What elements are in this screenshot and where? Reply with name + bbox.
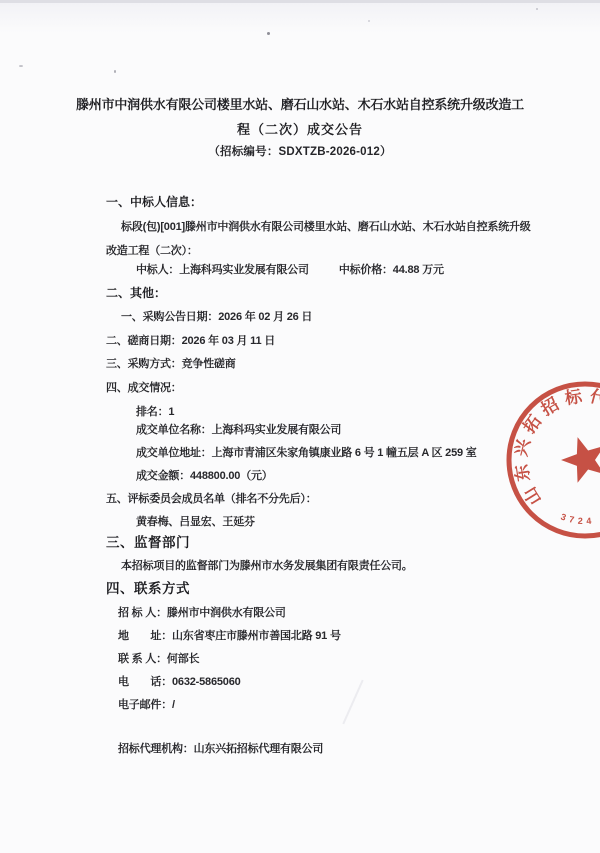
committee-members: 黄春梅、吕显宏、王延芬 bbox=[136, 515, 255, 530]
seal-serial-number: 3724 bbox=[559, 512, 595, 527]
document-title-line1: 滕州市中润供水有限公司楼里水站、磨石山水站、木石水站自控系统升级改造工 bbox=[40, 94, 560, 113]
paper-crease bbox=[342, 680, 363, 725]
winner-price-line: 中标人：上海科玛实业发展有限公司中标价格：44.88 万元 bbox=[136, 263, 444, 278]
procurement-method-line: 三、采购方式：竞争性磋商 bbox=[106, 357, 236, 372]
agency-line: 招标代理机构：山东兴拓招标代理有限公司 bbox=[118, 742, 323, 757]
negotiation-date-line: 二、磋商日期：2026 年 03 月 11 日 bbox=[106, 334, 275, 349]
scan-speck bbox=[536, 8, 538, 10]
scan-edge-shade bbox=[0, 3, 600, 33]
awarded-company-line: 成交单位名称：上海科玛实业发展有限公司 bbox=[136, 423, 341, 438]
seal-serial-holder: 3724 bbox=[559, 512, 595, 527]
committee-header: 五、评标委员会成员名单（排名不分先后）： bbox=[106, 492, 317, 507]
bid-number: （招标编号：SDXTZB-2026-012） bbox=[40, 143, 560, 159]
announcement-date-line: 一、采购公告日期：2026 年 02 月 26 日 bbox=[121, 310, 312, 325]
scanned-document-page: 滕州市中润供水有限公司楼里水站、磨石山水站、木石水站自控系统升级改造工 程（二次… bbox=[0, 0, 600, 853]
winner-price: 中标价格：44.88 万元 bbox=[339, 264, 444, 276]
scan-speck bbox=[114, 70, 116, 73]
section2-header: 二、其他： bbox=[106, 286, 166, 301]
winner-name: 中标人：上海科玛实业发展有限公司 bbox=[136, 264, 309, 276]
email-line: 电子邮件：/ bbox=[118, 698, 175, 713]
rank-line: 排名：1 bbox=[136, 405, 174, 420]
scan-speck bbox=[267, 32, 270, 35]
tenderer-address-line: 地 址：山东省枣庄市滕州市善国北路 91 号 bbox=[118, 629, 341, 644]
section1-header: 一、中标人信息： bbox=[106, 195, 202, 210]
awarded-address-line: 成交单位地址：上海市青浦区朱家角镇康业路 6 号 1 幢五层 A 区 259 室 bbox=[136, 446, 477, 461]
section3-header: 三、监督部门 bbox=[106, 535, 190, 550]
award-result-header: 四、成交情况： bbox=[106, 381, 182, 396]
phone-line: 电 话：0632-5865060 bbox=[118, 675, 241, 690]
awarded-amount-line: 成交金额：448800.00（元） bbox=[136, 469, 273, 484]
section4-header: 四、联系方式 bbox=[106, 581, 190, 596]
official-seal: 山东兴拓招标代理有限公司 3724 bbox=[435, 310, 600, 610]
scan-speck bbox=[19, 65, 23, 67]
supervision-body: 本招标项目的监督部门为滕州市水务发展集团有限责任公司。 bbox=[121, 559, 413, 574]
lot-description-line1: 标段(包)[001]滕州市中润供水有限公司楼里水站、磨石山水站、木石水站自控系统… bbox=[121, 220, 531, 235]
document-title-line2: 程（二次）成交公告 bbox=[40, 119, 560, 138]
scan-speck bbox=[368, 20, 370, 22]
tenderer-line: 招 标 人：滕州市中润供水有限公司 bbox=[118, 606, 286, 621]
seal-star-icon bbox=[556, 430, 600, 485]
contact-person-line: 联 系 人：何部长 bbox=[118, 652, 199, 667]
lot-description-line2: 改造工程（二次）： bbox=[106, 244, 198, 259]
